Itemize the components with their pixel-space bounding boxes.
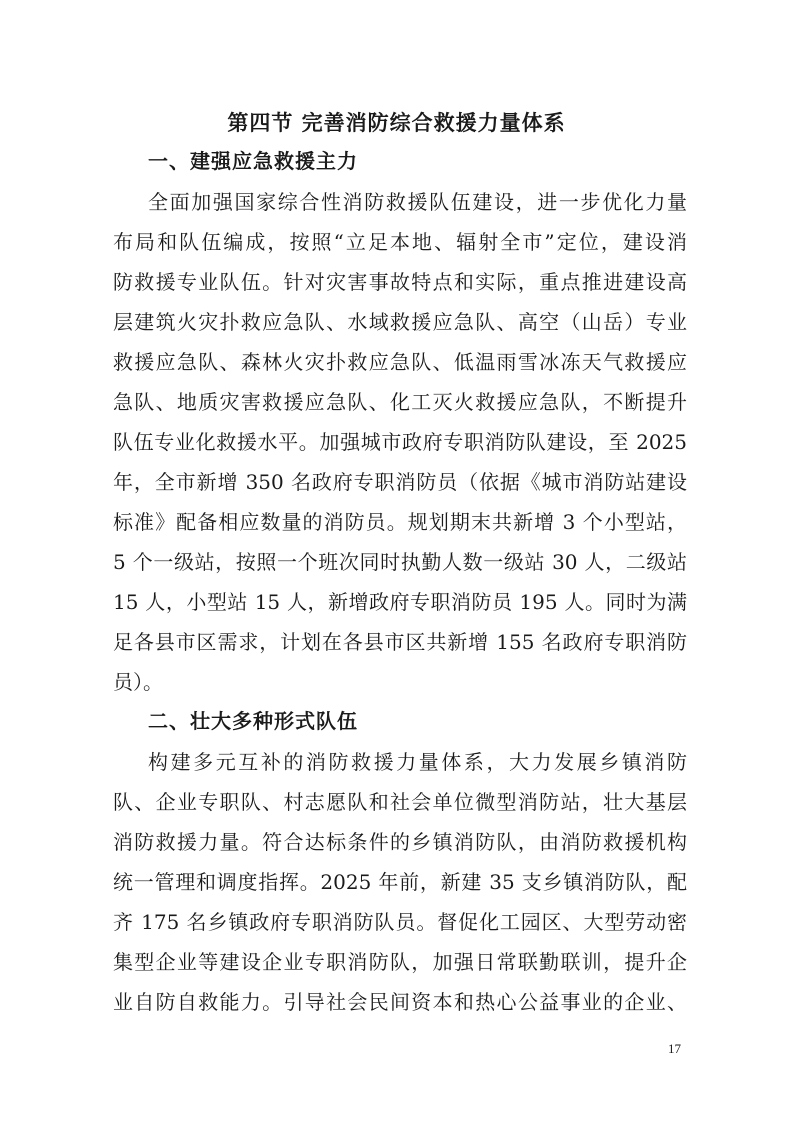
paragraph-line: 构建多元互补的消防救援力量体系，大力发展乡镇消防 xyxy=(148,747,687,777)
paragraph-line: 队伍专业化救援水平。加强城市政府专职消防队建设，至 2025 xyxy=(113,427,687,457)
paragraph-line: 急队、地质灾害救援应急队、化工灭火救援应急队，不断提升 xyxy=(113,387,687,417)
subsection-heading-2: 二、壮大多种形式队伍 xyxy=(148,706,358,736)
paragraph-line: 集型企业等建设企业专职消防队，加强日常联勤联训，提升企 xyxy=(113,947,687,977)
paragraph-line: 足各县市区需求，计划在各县市区共新增 155 名政府专职消防 xyxy=(113,627,687,657)
paragraph-line: 业自防自救能力。引导社会民间资本和热心公益事业的企业、 xyxy=(113,987,687,1017)
paragraph-line: 齐 175 名乡镇政府专职消防队员。督促化工园区、大型劳动密 xyxy=(113,907,687,937)
page-number: 17 xyxy=(668,1041,681,1057)
paragraph-line: 标准》配备相应数量的消防员。规划期末共新增 3 个小型站， xyxy=(113,507,687,537)
paragraph-line: 层建筑火灾扑救应急队、水域救援应急队、高空（山岳）专业 xyxy=(113,307,687,337)
paragraph-line: 员）。 xyxy=(113,667,687,697)
paragraph-line: 布局和队伍编成，按照“立足本地、辐射全市”定位，建设消 xyxy=(113,227,687,257)
paragraph-line: 全面加强国家综合性消防救援队伍建设，进一步优化力量 xyxy=(148,187,687,217)
subsection-heading-1: 一、建强应急救援主力 xyxy=(148,146,358,176)
paragraph-line: 5 个一级站，按照一个班次同时执勤人数一级站 30 人，二级站 xyxy=(113,547,687,577)
paragraph-line: 年，全市新增 350 名政府专职消防员（依据《城市消防站建设 xyxy=(113,467,687,497)
section-title: 第四节 完善消防综合救援力量体系 xyxy=(0,108,793,138)
paragraph-line: 防救援专业队伍。针对灾害事故特点和实际，重点推进建设高 xyxy=(113,267,687,297)
paragraph-line: 队、企业专职队、村志愿队和社会单位微型消防站，壮大基层 xyxy=(113,787,687,817)
paragraph-line: 救援应急队、森林火灾扑救应急队、低温雨雪冰冻天气救援应 xyxy=(113,347,687,377)
paragraph-line: 统一管理和调度指挥。2025 年前，新建 35 支乡镇消防队，配 xyxy=(113,867,687,897)
paragraph-line: 消防救援力量。符合达标条件的乡镇消防队，由消防救援机构 xyxy=(113,827,687,857)
paragraph-line: 15 人，小型站 15 人，新增政府专职消防员 195 人。同时为满 xyxy=(113,587,687,617)
document-page: 第四节 完善消防综合救援力量体系 一、建强应急救援主力 全面加强国家综合性消防救… xyxy=(0,0,793,1122)
